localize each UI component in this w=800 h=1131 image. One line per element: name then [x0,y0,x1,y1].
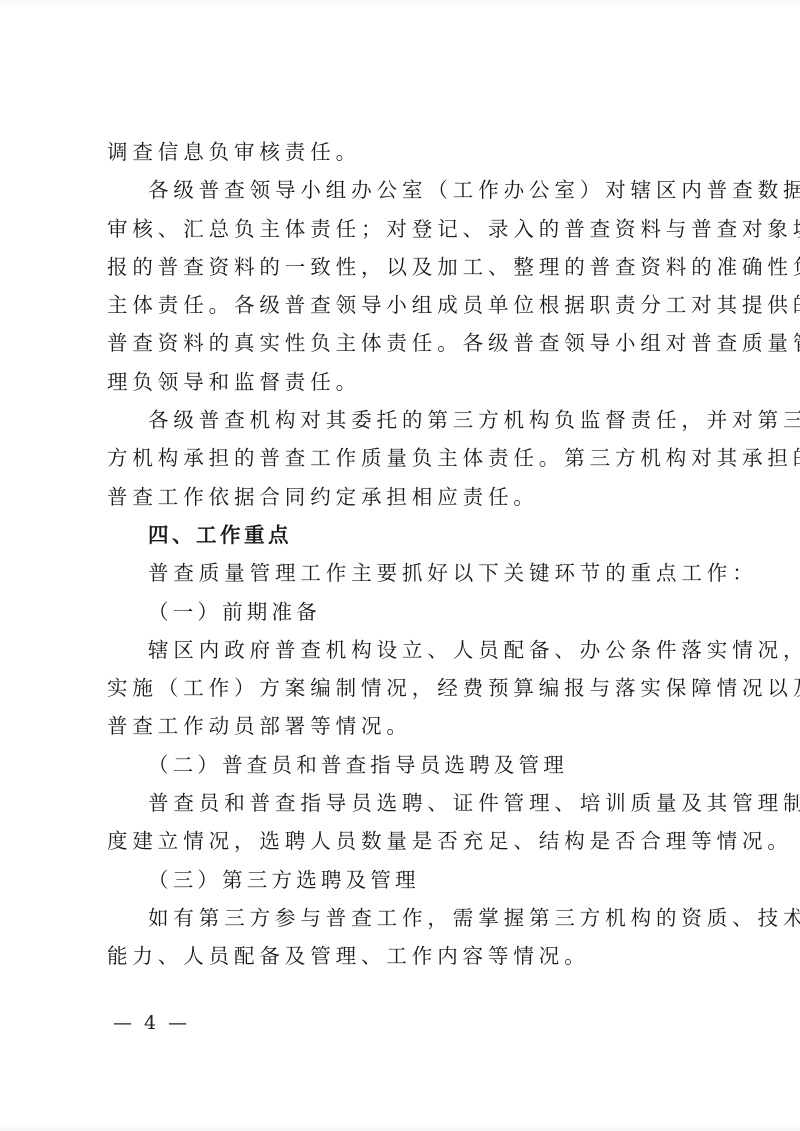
text-line: 各级普查领导小组办公室（工作办公室）对辖区内普查数据 [107,171,697,209]
text-line: 普查员和普查指导员选聘、证件管理、培训质量及其管理制 [107,784,697,822]
section-heading: 四、工作重点 [107,516,697,554]
text-line: 审核、汇总负主体责任；对登记、录入的普查资料与普查对象填 [107,210,697,248]
text-line: 理负领导和监督责任。 [107,363,697,401]
paragraph-third-party: 如有第三方参与普查工作，需掌握第三方机构的资质、技术 能力、人员配备及管理、工作… [107,899,697,976]
paragraph-office-responsibility: 各级普查领导小组办公室（工作办公室）对辖区内普查数据 审核、汇总负主体责任；对登… [107,171,697,401]
paragraph-preparation: 辖区内政府普查机构设立、人员配备、办公条件落实情况， 实施（工作）方案编制情况，… [107,631,697,746]
text-line: 普查工作依据合同约定承担相应责任。 [107,478,697,516]
text-line: 辖区内政府普查机构设立、人员配备、办公条件落实情况， [107,631,697,669]
text-line: 方机构承担的普查工作质量负主体责任。第三方机构对其承担的 [107,439,697,477]
paragraph-third-party-responsibility: 各级普查机构对其委托的第三方机构负监督责任，并对第三 方机构承担的普查工作质量负… [107,401,697,516]
subsection-heading-preparation: （一）前期准备 [107,593,697,631]
text-line: 普查资料的真实性负主体责任。各级普查领导小组对普查质量管 [107,324,697,362]
text-line: 实施（工作）方案编制情况，经费预算编报与落实保障情况以及 [107,669,697,707]
section-intro: 普查质量管理工作主要抓好以下关键环节的重点工作： [107,554,697,592]
subsection-heading-third-party: （三）第三方选聘及管理 [107,861,697,899]
document-body: 调查信息负审核责任。 各级普查领导小组办公室（工作办公室）对辖区内普查数据 审核… [107,133,697,976]
text-line: 报的普查资料的一致性，以及加工、整理的普查资料的准确性负 [107,248,697,286]
text-line: 各级普查机构对其委托的第三方机构负监督责任，并对第三 [107,401,697,439]
subsection-heading-enumerators: （二）普查员和普查指导员选聘及管理 [107,746,697,784]
text-line: 如有第三方参与普查工作，需掌握第三方机构的资质、技术 [107,899,697,937]
text-line: 能力、人员配备及管理、工作内容等情况。 [107,937,697,975]
page-number: — 4 — [113,1012,190,1034]
text-line: 度建立情况，选聘人员数量是否充足、结构是否合理等情况。 [107,822,697,860]
document-page: 调查信息负审核责任。 各级普查领导小组办公室（工作办公室）对辖区内普查数据 审核… [0,0,800,1131]
text-line: 普查工作动员部署等情况。 [107,707,697,745]
text-line: 主体责任。各级普查领导小组成员单位根据职责分工对其提供的 [107,286,697,324]
paragraph-enumerators: 普查员和普查指导员选聘、证件管理、培训质量及其管理制 度建立情况，选聘人员数量是… [107,784,697,861]
paragraph-continuation: 调查信息负审核责任。 [107,133,697,171]
text-line: 调查信息负审核责任。 [107,133,697,171]
